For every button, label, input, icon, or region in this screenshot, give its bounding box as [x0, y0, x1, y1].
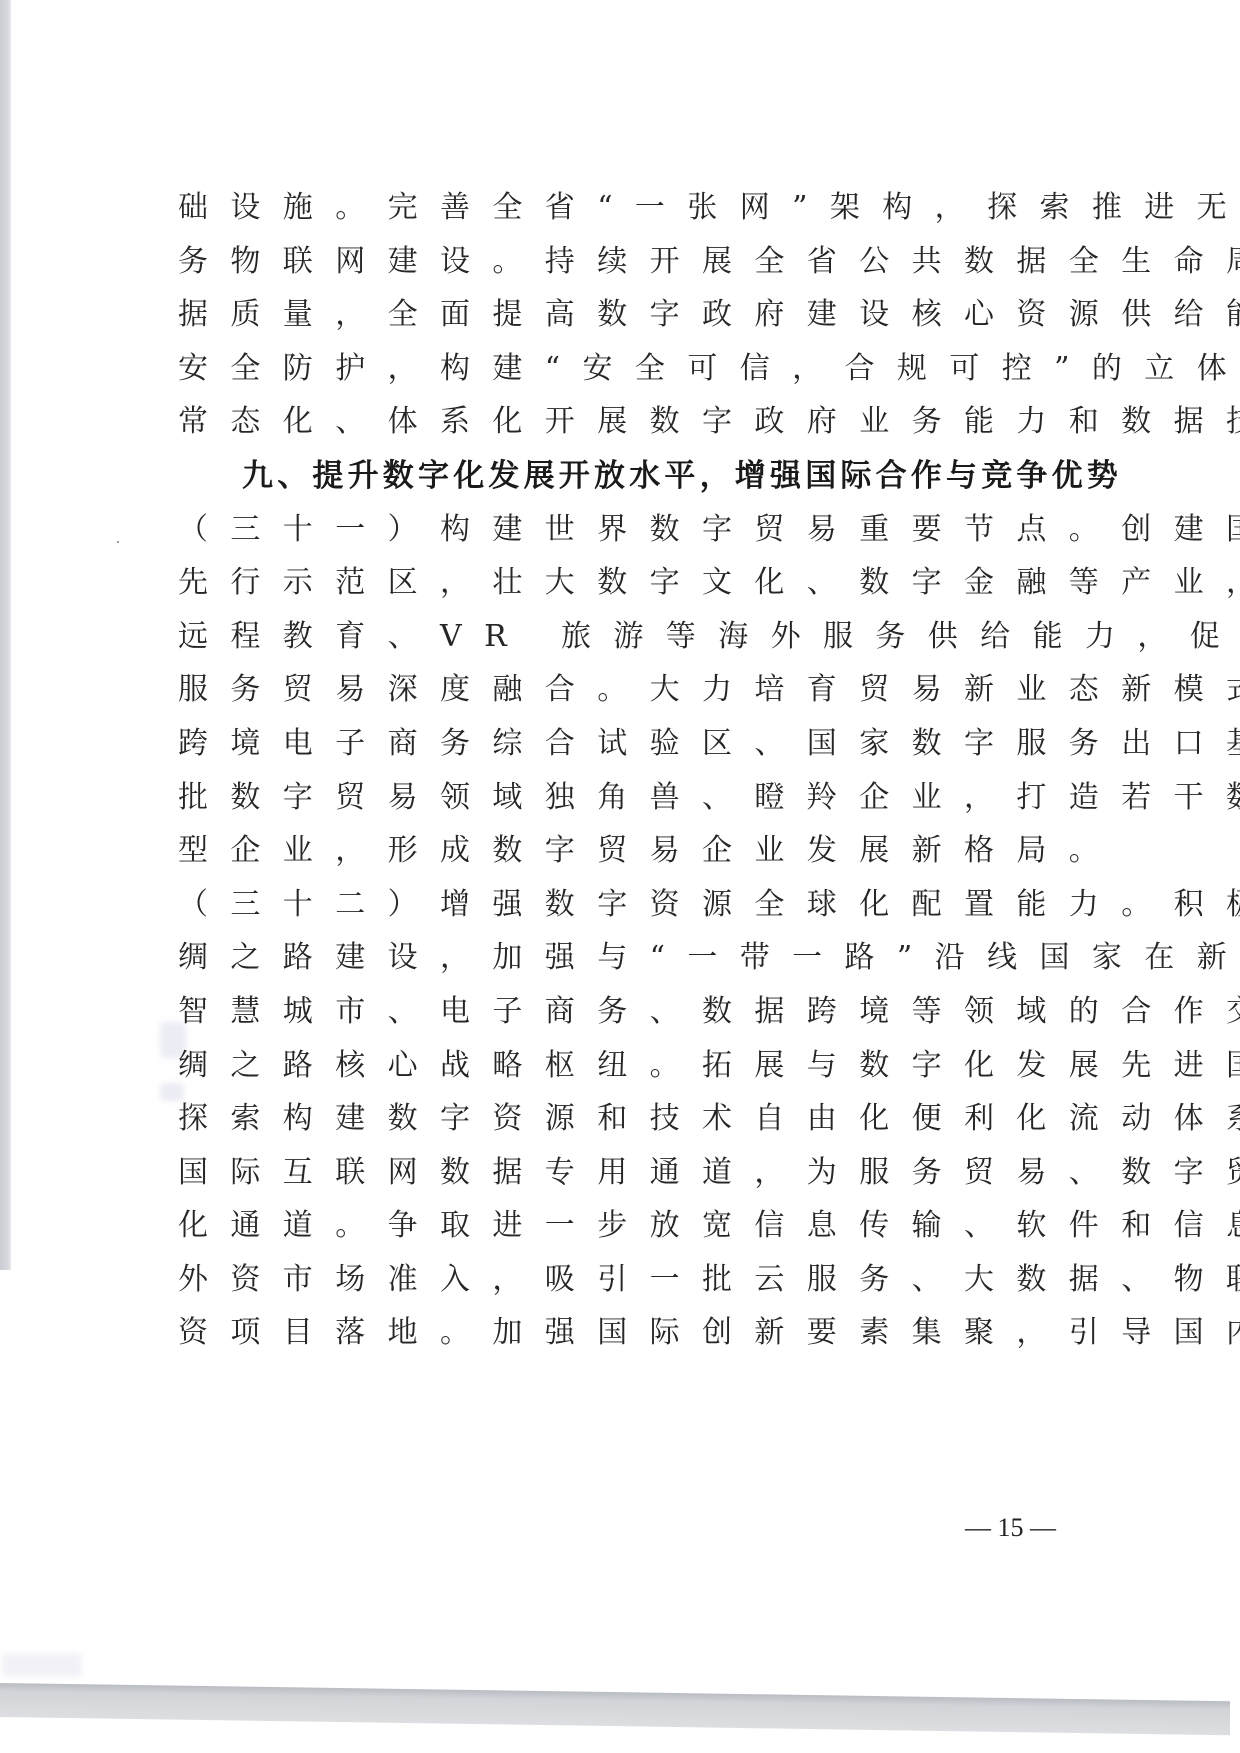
body-line: 智慧城市、电子商务、数据跨境等领域的合作交流，打造数字丝: [178, 993, 1088, 1047]
body-line: 化通道。争取进一步放宽信息传输、软件和信息技术服务等行业: [178, 1207, 1088, 1261]
body-line: 绸之路建设，加强与“一带一路”沿线国家在新型基础设施、: [178, 939, 1088, 993]
body-line: 批数字贸易领域独角兽、瞪羚企业，打造若干数字贸易生态主导: [178, 779, 1088, 833]
document-page: 础设施。完善全省“一张网”架构，探索推进无线政务网、政 务物联网建设。持续开展全…: [178, 189, 1088, 1368]
body-line: 探索构建数字资源和技术自由化便利化流动体系。积极探索建设: [178, 1100, 1088, 1154]
body-line: 跨境电子商务综合试验区、国家数字服务出口基地建设。培育一: [178, 725, 1088, 779]
paragraph-first-line: （三十一）构建世界数字贸易重要节点。创建国家数字贸易: [178, 511, 1088, 565]
scan-dust: [117, 541, 119, 543]
paragraph-first-line: （三十二）增强数字资源全球化配置能力。积极参与数字丝: [178, 886, 1088, 940]
body-line: 础设施。完善全省“一张网”架构，探索推进无线政务网、政: [178, 189, 1088, 243]
body-line: 据质量，全面提高数字政府建设核心资源供给能力。强化全周期: [178, 296, 1088, 350]
body-line: 服务贸易深度融合。大力培育贸易新业态新模式，持续推进国家: [178, 671, 1088, 725]
body-line: 常态化、体系化开展数字政府业务能力和数据技能培训。: [178, 403, 1088, 457]
scan-smudge: [2, 1653, 82, 1677]
body-line: 务物联网建设。持续开展全省公共数据全生命周期治理，提高数: [178, 243, 1088, 297]
body-line: 远程教育、VR 旅游等海外服务供给能力，促进数字技术应用与: [178, 618, 1088, 672]
section-32-paragraph: （三十二）增强数字资源全球化配置能力。积极参与数字丝 绸之路建设，加强与“一带一…: [178, 886, 1088, 1368]
body-line: 绸之路核心战略枢纽。拓展与数字化发展先进国家的合作领域，: [178, 1047, 1088, 1101]
body-line: 先行示范区，壮大数字文化、数字金融等产业，提升远程医疗、: [178, 564, 1088, 618]
body-line: 国际互联网数据专用通道，为服务贸易、数字贸易提供快捷便利: [178, 1154, 1088, 1208]
body-line: 外资市场准入，吸引一批云服务、大数据、物联网等数字领域外: [178, 1261, 1088, 1315]
body-line: 安全防护，构建“安全可信，合规可控”的立体纵深防御体系。: [178, 350, 1088, 404]
body-line: 资项目落地。加强国际创新要素集聚，引导国内外数字化发展领: [178, 1314, 1088, 1368]
scan-edge-left: [0, 0, 11, 1270]
section-heading: 九、提升数字化发展开放水平，增强国际合作与竞争优势: [178, 457, 1088, 511]
body-line: 型企业，形成数字贸易企业发展新格局。: [178, 832, 1088, 886]
section-31-paragraph: （三十一）构建世界数字贸易重要节点。创建国家数字贸易 先行示范区，壮大数字文化、…: [178, 511, 1088, 886]
page-number: — 15 —: [965, 1513, 1056, 1543]
scan-edge-bottom: [0, 1683, 1230, 1735]
